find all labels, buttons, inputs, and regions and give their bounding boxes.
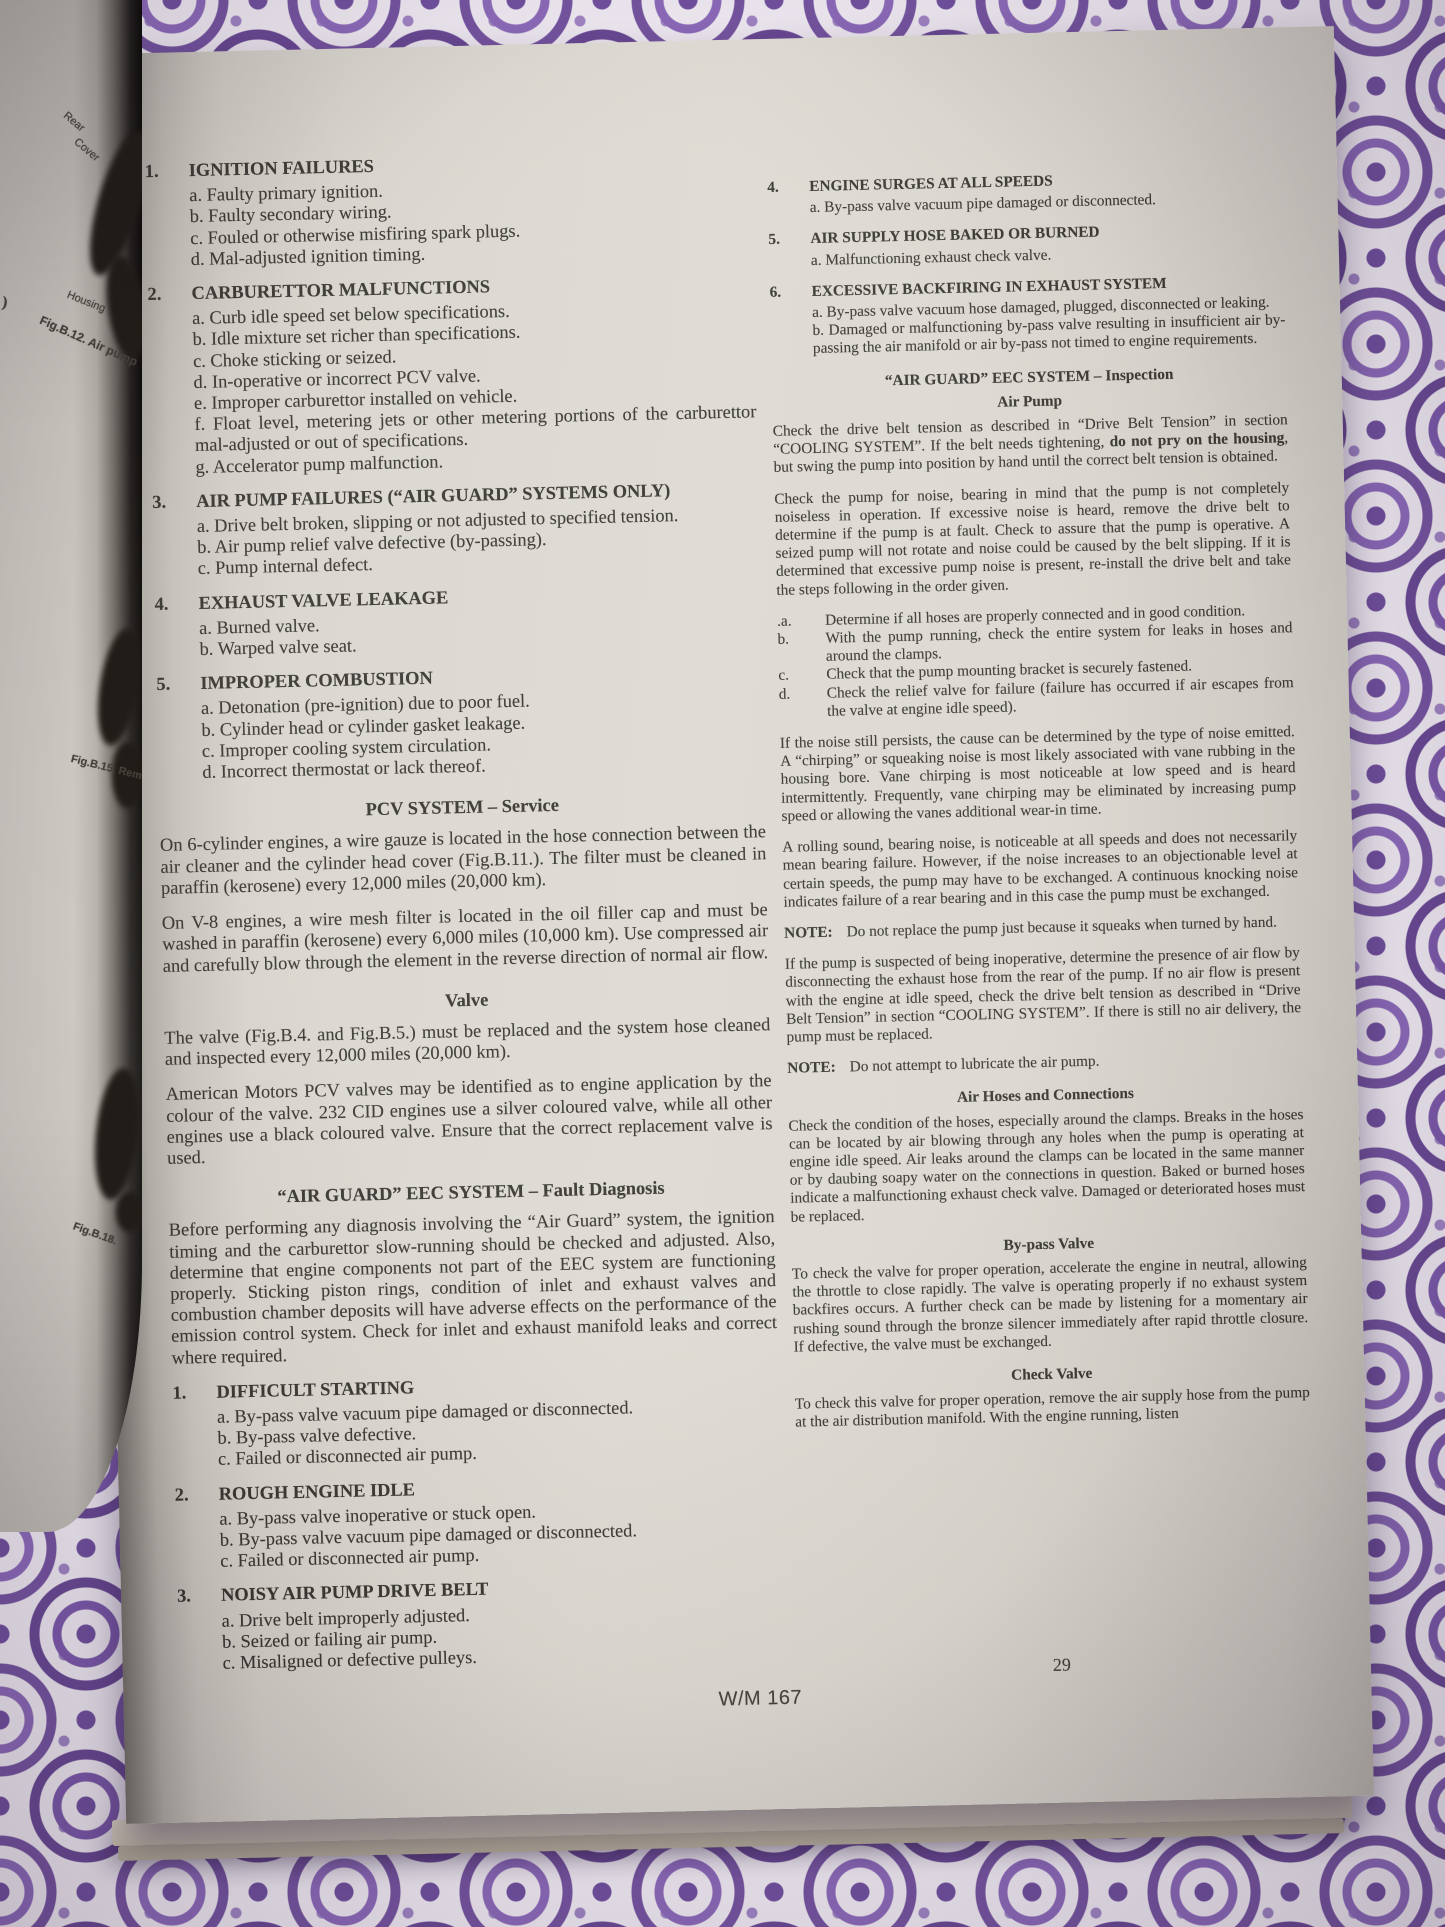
note-text: Do not replace the pump just because it … [846, 914, 1277, 941]
fault-number: 5. [156, 673, 200, 695]
fault-items: a. Detonation (pre-ignition) due to poor… [201, 686, 765, 784]
fault-section: 4. EXHAUST VALVE LEAKAGE a. Burned valve… [154, 580, 761, 661]
valve-heading: Valve [163, 983, 769, 1018]
diagnosis-section: 3. NOISY AIR PUMP DRIVE BELT a. Drive be… [177, 1572, 785, 1675]
figure-fragment [91, 626, 142, 748]
step-letter: d. [779, 684, 828, 721]
left-column: 1. IGNITION FAILURES a. Faulty primary i… [145, 147, 785, 1688]
diagnosis-section: 1. DIFFICULT STARTING a. By-pass valve v… [172, 1369, 780, 1472]
noise-paragraph: A rolling sound, bearing noise, is notic… [782, 827, 1299, 911]
fault-number: 3. [177, 1585, 221, 1607]
figure-fragment [116, 1192, 142, 1232]
air-hoses-paragraph: Check the condition of the hoses, especi… [788, 1106, 1305, 1227]
note-label: NOTE: [784, 924, 833, 942]
figure-fragment [89, 1066, 142, 1202]
diagnosis-section: 5. AIR SUPPLY HOSE BAKED OR BURNED a. Ma… [768, 220, 1284, 271]
bypass-valve-paragraph: To check the valve for proper operation,… [792, 1254, 1309, 1357]
fault-items: a. By-pass valve inoperative or stuck op… [219, 1496, 782, 1572]
air-pump-paragraph: Check the drive belt tension as describe… [773, 411, 1289, 477]
fault-number: 4. [154, 593, 198, 615]
fault-items: a. By-pass valve vacuum hose damaged, pl… [812, 293, 1286, 358]
fault-number: 3. [152, 491, 196, 513]
fault-number: 2. [147, 283, 191, 305]
fault-section: 5. IMPROPER COMBUSTION a. Detonation (pr… [156, 660, 764, 784]
margin-label: Cover [72, 136, 102, 164]
fault-number: 2. [175, 1483, 219, 1505]
note-label: NOTE: [787, 1059, 836, 1077]
fault-items: a. Burned valve.b. Warped valve seat. [199, 605, 762, 660]
airguard-fault-diagnosis-heading: “AIR GUARD” EEC SYSTEM – Fault Diagnosis [168, 1175, 774, 1210]
right-column: 4. ENGINE SURGES AT ALL SPEEDS a. By-pas… [767, 167, 1311, 1445]
page-number: 29 [1053, 1654, 1071, 1675]
air-pump-paragraph: Check the pump for noise, bearing in min… [774, 479, 1291, 600]
manual-page: 1. IGNITION FAILURES a. Faulty primary i… [86, 26, 1374, 1824]
pump-inoperative-paragraph: If the pump is suspected of being inoper… [785, 944, 1302, 1047]
note: NOTE:Do not replace the pump just becaus… [784, 913, 1299, 943]
step-letter: c. [778, 666, 826, 685]
step-letter: b. [777, 630, 826, 667]
noise-paragraph: If the noise still persists, the cause c… [780, 723, 1297, 826]
margin-label: Fig.B.18. [71, 1221, 118, 1248]
fault-number: 1. [145, 160, 189, 182]
inspection-steps: .a. Determine if all hoses are properly … [777, 601, 1294, 722]
pcv-paragraph: On 6-cylinder engines, a wire gauze is l… [160, 822, 767, 899]
fault-section: 3. AIR PUMP FAILURES (“AIR GUARD” SYSTEM… [152, 478, 760, 581]
margin-label: Rear [61, 110, 87, 135]
previous-page-edge: Rear Cover Housing Fig.B.12. Air pump Fi… [0, 0, 142, 1532]
fault-number: 1. [172, 1382, 216, 1404]
diagnosis-section: 2. ROUGH ENGINE IDLE a. By-pass valve in… [175, 1471, 783, 1574]
valve-paragraph: American Motors PCV valves may be identi… [165, 1070, 773, 1169]
note-text: Do not attempt to lubricate the air pump… [850, 1053, 1100, 1076]
fault-items: a. Curb idle speed set below specificati… [192, 296, 758, 478]
margin-label: Housing [65, 289, 107, 315]
fault-number: 5. [768, 230, 810, 249]
airguard-intro-paragraph: Before performing any diagnosis involvin… [169, 1206, 778, 1368]
diagnosis-section: 6. EXCESSIVE BACKFIRING IN EXHAUST SYSTE… [769, 272, 1286, 359]
footer-code: W/M 167 [718, 1687, 802, 1712]
fault-number: 4. [767, 178, 809, 197]
fault-items: a. Faulty primary ignition.b. Faulty sec… [189, 173, 753, 271]
valve-paragraph: The valve (Fig.B.4. and Fig.B.5.) must b… [164, 1014, 771, 1070]
fault-section: 2. CARBURETTOR MALFUNCTIONS a. Curb idle… [147, 270, 757, 479]
check-valve-paragraph: To check this valve for proper operation… [795, 1384, 1311, 1432]
fault-items: a. Drive belt broken, slipping or not ad… [197, 503, 760, 579]
margin-label: ) [1, 294, 9, 313]
diagnosis-section: 4. ENGINE SURGES AT ALL SPEEDS a. By-pas… [767, 167, 1283, 218]
fault-number: 6. [769, 283, 811, 302]
pcv-paragraph: On V-8 engines, a wire mesh filter is lo… [162, 899, 769, 976]
fault-section: 1. IGNITION FAILURES a. Faulty primary i… [145, 147, 753, 271]
step-letter: .a. [777, 612, 825, 631]
fault-items: a. By-pass valve vacuum pipe damaged or … [217, 1394, 780, 1470]
note: NOTE:Do not attempt to lubricate the air… [787, 1048, 1302, 1078]
fault-items: a. Drive belt improperly adjusted.b. Sei… [221, 1598, 784, 1674]
pcv-service-heading: PCV SYSTEM – Service [159, 790, 765, 825]
